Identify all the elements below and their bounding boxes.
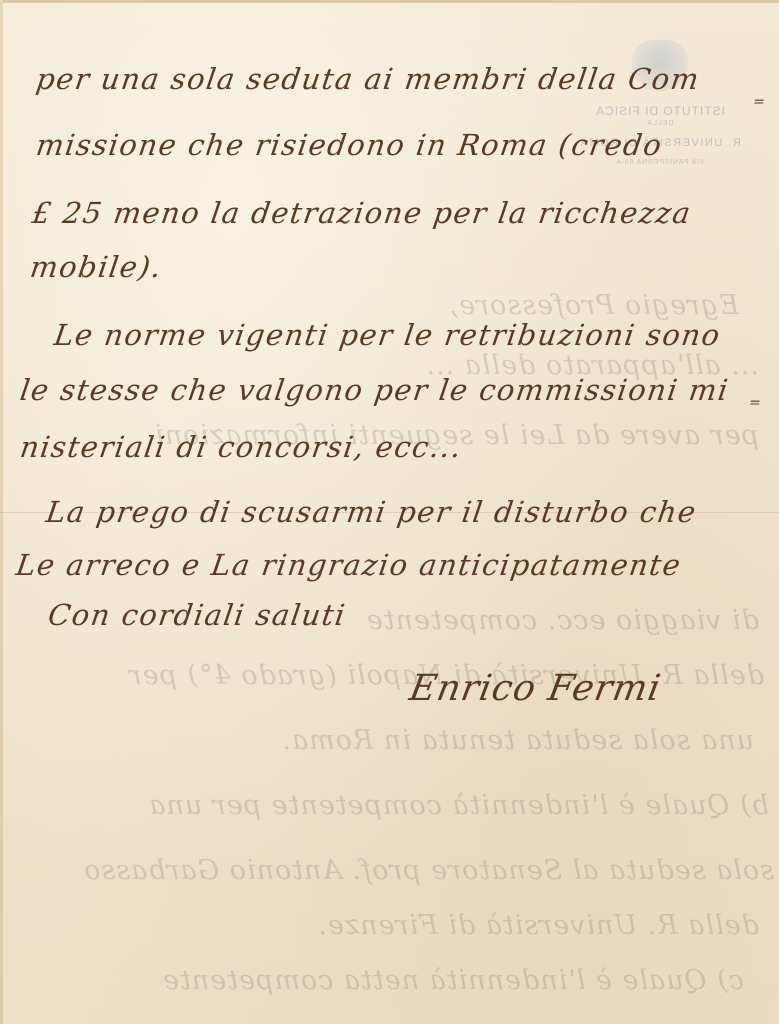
letter-line: nisteriali di concorsi, ecc... bbox=[18, 430, 465, 464]
letter-page: Egregio Professore, ... all'apparato del… bbox=[0, 0, 779, 1024]
bleed-line: una sola seduta tenuta in Roma. bbox=[281, 725, 754, 756]
letter-line: La prego di scusarmi per il disturbo che bbox=[44, 495, 699, 529]
bleed-line: b) Quale è l'indennità competente per un… bbox=[148, 790, 769, 821]
bleed-line: Egregio Professore, bbox=[449, 290, 739, 321]
hyphen-mark: = bbox=[752, 94, 767, 110]
letter-line: mobile). bbox=[28, 250, 165, 284]
bleed-line: di viaggio ecc. competente bbox=[366, 605, 759, 636]
bleed-line: della R. Università di Firenze. bbox=[317, 910, 759, 941]
letterhead-line: DELLA bbox=[560, 120, 760, 127]
letterhead-line: ISTITUTO DI FISICA bbox=[560, 104, 760, 118]
letter-line: £ 25 meno la detrazione per la ricchezza bbox=[30, 196, 694, 230]
bleed-line: sola seduta al Senatore prof. Antonio Ga… bbox=[83, 855, 774, 886]
letter-line: Con cordiali saluti bbox=[46, 598, 348, 632]
letter-line: per una sola seduta ai membri della Com bbox=[34, 62, 702, 96]
letter-line: missione che risiedono in Roma (credo bbox=[34, 128, 665, 162]
signature: Enrico Fermi bbox=[406, 668, 664, 709]
letter-line: le stesse che valgono per le commissioni… bbox=[18, 373, 731, 407]
letter-line: Le arreco e La ringrazio anticipatamente bbox=[14, 548, 684, 582]
bleed-line: c) Quale è l'indennità netta competente bbox=[162, 965, 744, 996]
letter-line: Le norme vigenti per le retribuzioni son… bbox=[52, 318, 723, 352]
hyphen-mark: = bbox=[748, 395, 763, 411]
paper-top-edge bbox=[0, 0, 779, 3]
